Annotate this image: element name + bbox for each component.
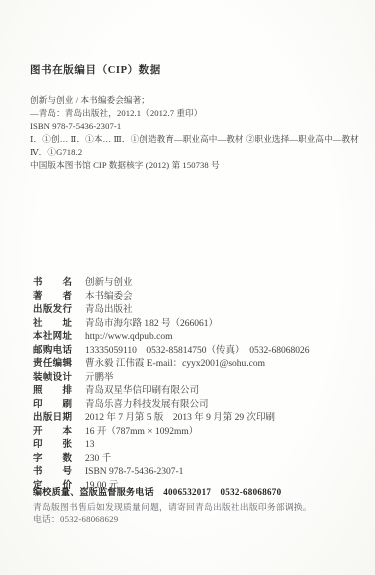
row-label: 开本 [33,426,72,440]
colophon-table: 书名 创新与创业 著者 本书编委会 出版发行 青岛出版社 社址 青岛市海尔路 1… [33,277,361,493]
row-value: 青岛市海尔路 182 号（266061） [85,318,218,332]
row-value: 曹永毅 江伟霞 E-mail：cyyx2001@sohu.com [85,358,265,372]
colophon-row-author: 著者 本书编委会 [33,291,361,305]
cip-line-classification: Ⅰ．①创… Ⅱ．①本… Ⅲ．①创造教育—职业高中—教材 ②职业选择—职业高中—教… [30,133,357,146]
row-value: 2012 年 7 月第 5 版 2013 年 9 月第 29 次印刷 [85,412,275,426]
cip-heading: 图书在版编目（CIP）数据 [30,62,357,77]
cip-line-class-number: Ⅳ．①G718.2 [30,146,357,159]
cip-line-title-statement: 创新与创业 / 本书编委会编著； [30,94,357,107]
colophon-row-order-phone: 邮购电话 13335059110 0532-85814750（传真） 0532-… [33,345,361,359]
footer-notes: 编校质量、盗版监督服务电话 4006532017 0532-68068670 青… [33,485,361,525]
return-notice-line: 青岛版图书售后如发现质量问题，请寄回青岛出版社出版印务部调换。 [33,502,361,514]
row-value: 创新与创业 [85,277,133,291]
colophon-row-sheets: 印张 13 [33,439,361,453]
row-value: 16 开（787mm × 1092mm） [85,426,198,440]
row-label: 出版发行 [33,304,72,318]
colophon-row-typesetting: 照排 青岛双星华信印刷有限公司 [33,385,361,399]
row-value: 13 [85,439,95,453]
row-value: ISBN 978-7-5436-2307-1 [85,466,183,480]
row-label: 装帧设计 [33,372,72,386]
row-value: 230 千 [85,453,111,467]
colophon-row-printing: 印刷 青岛乐喜力科技发展有限公司 [33,399,361,413]
row-label: 印刷 [33,399,72,413]
row-label: 出版日期 [33,412,72,426]
row-label: 责任编辑 [33,358,72,372]
row-value: 青岛乐喜力科技发展有限公司 [85,399,209,413]
colophon-row-book-number: 书号 ISBN 978-7-5436-2307-1 [33,466,361,480]
cip-block: 图书在版编目（CIP）数据 创新与创业 / 本书编委会编著； —青岛：青岛出版社… [30,62,357,172]
cip-line-isbn: ISBN 978-7-5436-2307-1 [30,120,357,133]
colophon-row-website: 本社网址 http://www.qdpub.com [33,331,361,345]
row-label: 社址 [33,318,72,332]
row-value: 13335059110 0532-85814750（传真） 0532-68068… [85,345,309,359]
cip-line-record-number: 中国版本图书馆 CIP 数据核字 (2012) 第 150738 号 [30,159,357,172]
colophon-row-book-title: 书名 创新与创业 [33,277,361,291]
row-value: 青岛双星华信印刷有限公司 [85,385,199,399]
return-phone-line: 电话：0532-68068629 [33,514,361,526]
colophon-row-word-count: 字数 230 千 [33,453,361,467]
row-label: 书名 [33,277,72,291]
colophon-row-format: 开本 16 开（787mm × 1092mm） [33,426,361,440]
colophon-row-editor: 责任编辑 曹永毅 江伟霞 E-mail：cyyx2001@sohu.com [33,358,361,372]
row-label: 著者 [33,291,72,305]
row-value: http://www.qdpub.com [85,331,173,345]
row-label: 邮购电话 [33,345,72,359]
row-value: 本书编委会 [85,291,133,305]
colophon-row-publisher: 出版发行 青岛出版社 [33,304,361,318]
row-label: 本社网址 [33,331,72,345]
row-label: 印张 [33,439,72,453]
copyright-page: 图书在版编目（CIP）数据 创新与创业 / 本书编委会编著； —青岛：青岛出版社… [0,0,375,575]
colophon-row-publish-date: 出版日期 2012 年 7 月第 5 版 2013 年 9 月第 29 次印刷 [33,412,361,426]
row-label: 照排 [33,385,72,399]
colophon-row-address: 社址 青岛市海尔路 182 号（266061） [33,318,361,332]
row-value: 亓鹏举 [85,372,114,386]
service-hotline-line: 编校质量、盗版监督服务电话 4006532017 0532-68068670 [33,485,361,498]
row-label: 书号 [33,466,72,480]
row-label: 字数 [33,453,72,467]
row-value: 青岛出版社 [85,304,133,318]
colophon-row-designer: 装帧设计 亓鹏举 [33,372,361,386]
cip-line-publisher: —青岛：青岛出版社，2012.1（2012.7 重印） [30,107,357,120]
